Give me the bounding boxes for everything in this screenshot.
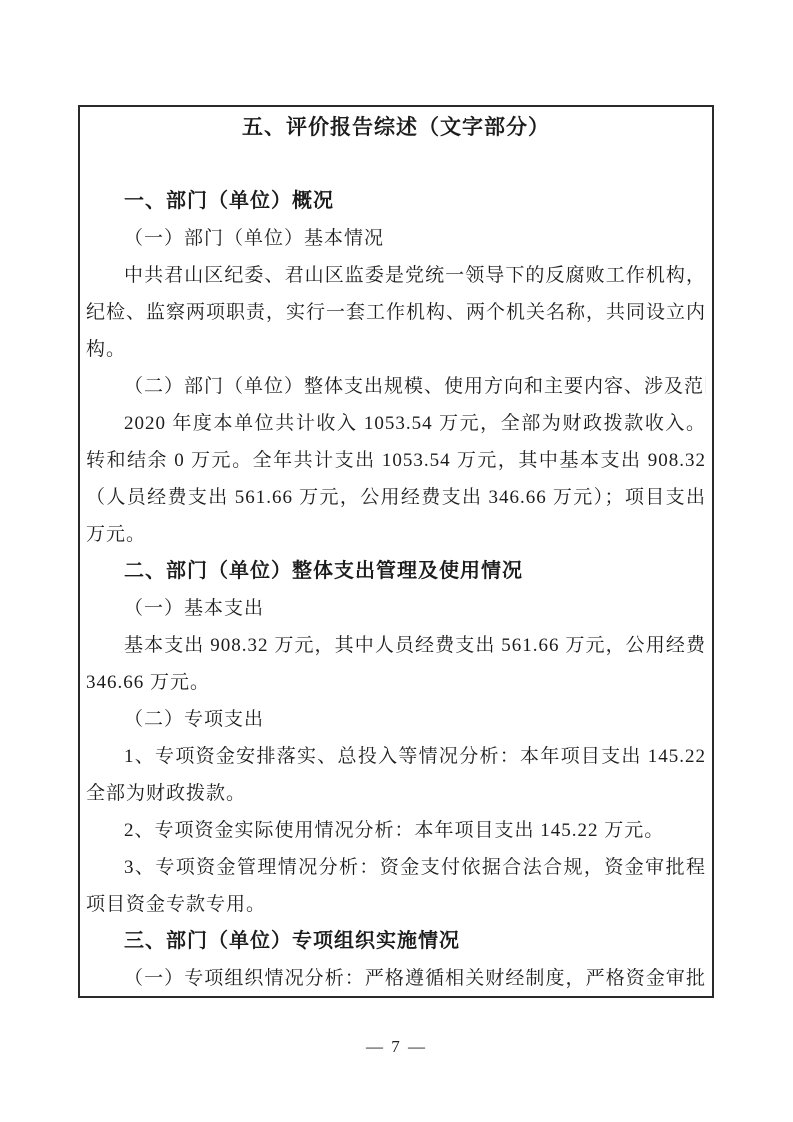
page-number: — 7 — xyxy=(0,1037,793,1057)
report-page: 五、评价报告综述（文字部分）一、部门（单位）概况（一）部门（单位）基本情况中共君… xyxy=(0,0,793,1122)
page-number-label: — 7 — xyxy=(366,1037,427,1056)
blank-line xyxy=(86,146,706,183)
body-line: 全部为财政拨款。 xyxy=(86,775,706,812)
body-line: 346.66 万元。 xyxy=(86,664,706,701)
section-heading: 二、部门（单位）整体支出管理及使用情况 xyxy=(86,553,706,590)
body-line: 基本支出 908.32 万元，其中人员经费支出 561.66 万元，公用经费支出 xyxy=(86,627,706,664)
body-line: 项目资金专款专用。 xyxy=(86,886,706,923)
body-line: 3、专项资金管理情况分析：资金支付依据合法合规，资金审批程序严格， xyxy=(86,849,706,886)
body-line: 转和结余 0 万元。全年共计支出 1053.54 万元，其中基本支出 908.3… xyxy=(86,442,706,479)
body-line: 构。 xyxy=(86,331,706,368)
subsection-heading: （一）部门（单位）基本情况 xyxy=(86,220,706,257)
section-heading: 三、部门（单位）专项组织实施情况 xyxy=(86,923,706,960)
subsection-heading: （一）基本支出 xyxy=(86,590,706,627)
body-line: 纪检、监察两项职责，实行一套工作机构、两个机关名称，共同设立内设机 xyxy=(86,294,706,331)
body-line: 中共君山区纪委、君山区监委是党统一领导下的反腐败工作机构，履行 xyxy=(86,257,706,294)
report-border-box: 五、评价报告综述（文字部分）一、部门（单位）概况（一）部门（单位）基本情况中共君… xyxy=(78,105,714,998)
body-line: （一）专项组织情况分析：严格遵循相关财经制度，严格资金审批程序， xyxy=(86,960,706,997)
body-line: 2020 年度本单位共计收入 1053.54 万元，全部为财政拨款收入。年初结 xyxy=(86,405,706,442)
body-line: 万元。 xyxy=(86,516,706,553)
body-line: 1、专项资金安排落实、总投入等情况分析：本年项目支出 145.22 万元 xyxy=(86,738,706,775)
body-line: （人员经费支出 561.66 万元，公用经费支出 346.66 万元）；项目支出… xyxy=(86,479,706,516)
doc-title: 五、评价报告综述（文字部分） xyxy=(86,109,706,146)
body-line: 2、专项资金实际使用情况分析：本年项目支出 145.22 万元。 xyxy=(86,812,706,849)
subsection-heading: （二）专项支出 xyxy=(86,701,706,738)
section-heading: 一、部门（单位）概况 xyxy=(86,183,706,220)
subsection-heading: （二）部门（单位）整体支出规模、使用方向和主要内容、涉及范围等 xyxy=(86,368,706,405)
